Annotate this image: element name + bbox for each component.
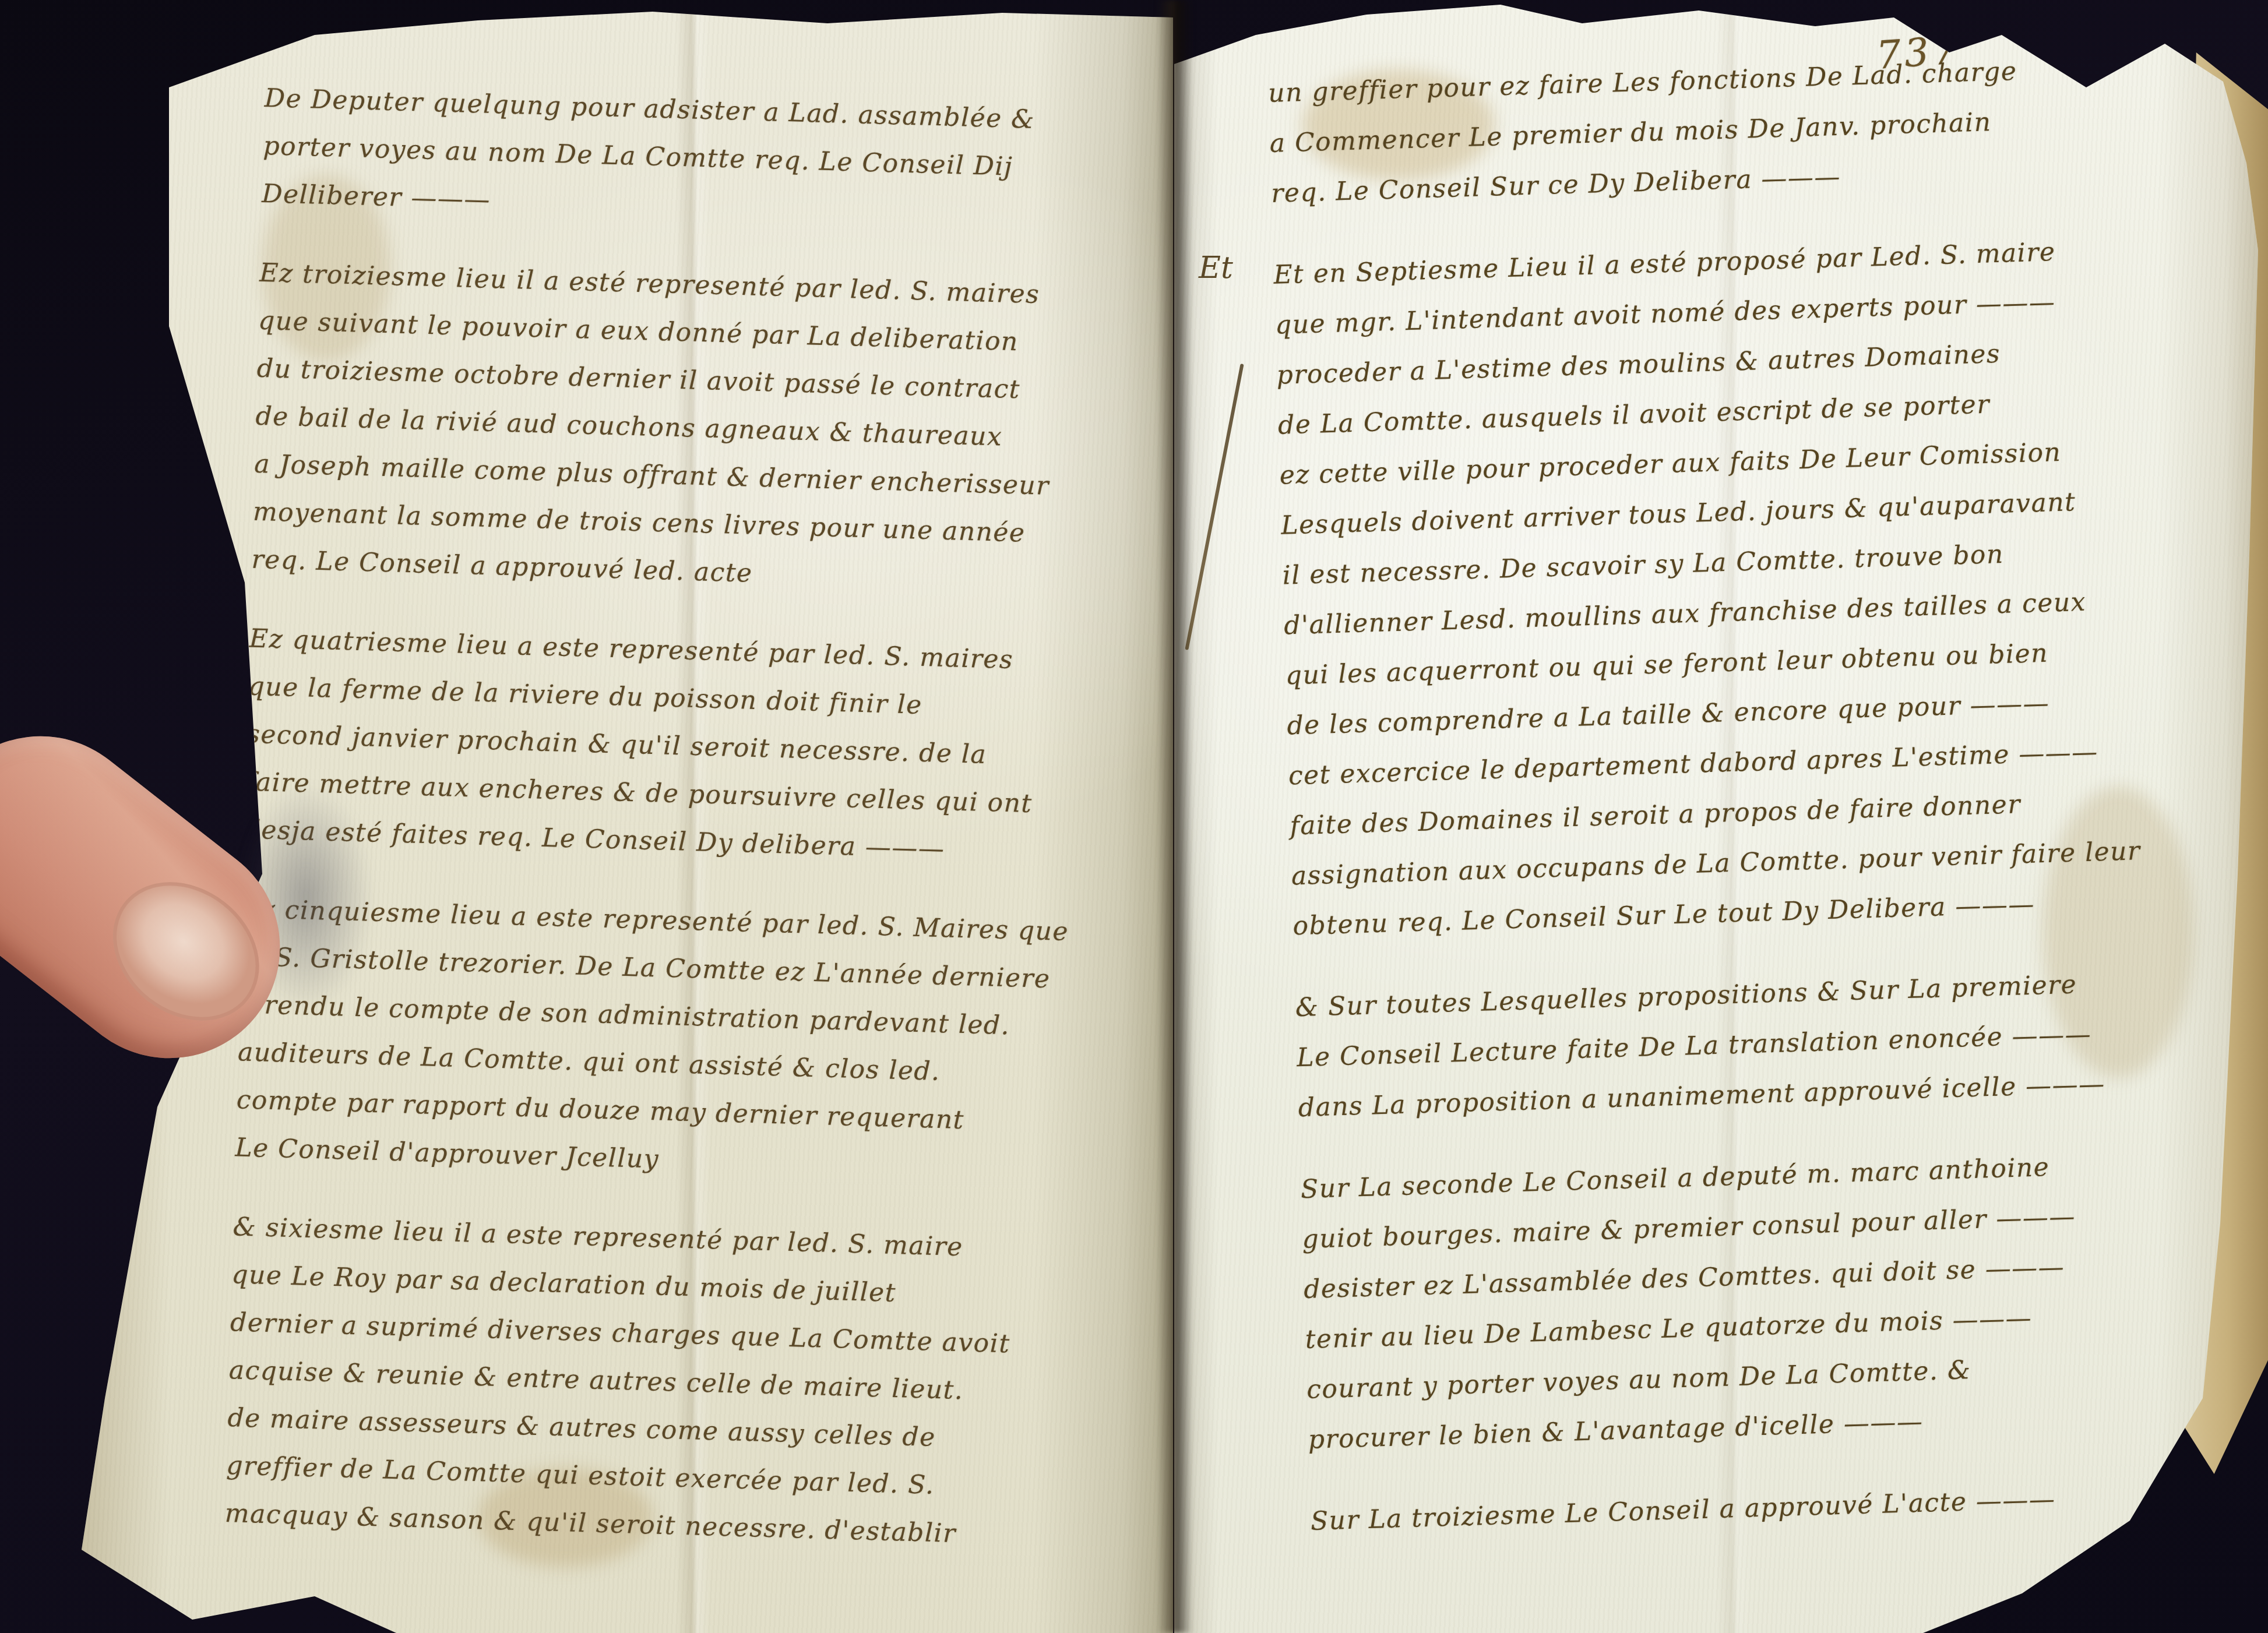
gutter-shadow (1157, 0, 1193, 1633)
paragraph: & Sur toutes Lesquelles propositions & S… (1295, 958, 2149, 1133)
paragraph: De Deputer quelqung pour adsister a Lad.… (261, 75, 1092, 241)
manuscript-photo: De Deputer quelqung pour adsister a Lad.… (0, 0, 2268, 1633)
paragraph: Sur La seconde Le Conseil a deputé m. ma… (1300, 1140, 2158, 1465)
paragraph: Ez troiziesme lieu il a esté representé … (251, 249, 1087, 606)
manuscript-line: Sur La troiziesme Le Conseil a approuvé … (1310, 1472, 2161, 1547)
right-page: 737 Et un greffier pour ez faire Les fon… (1174, 0, 2268, 1633)
paragraph: Sur La troiziesme Le Conseil a approuvé … (1310, 1472, 2161, 1547)
paragraph: & sixiesme lieu il a este representé par… (224, 1203, 1061, 1560)
paragraph: Et en Septiesme Lieu il a esté proposé p… (1273, 225, 2143, 952)
margin-note: Et (1199, 251, 1233, 285)
right-page-text: un greffier pour ez faire Les fonctions … (1267, 44, 2161, 1578)
margin-slash-mark (1185, 364, 1244, 650)
paragraph: un greffier pour ez faire Les fonctions … (1267, 44, 2121, 219)
